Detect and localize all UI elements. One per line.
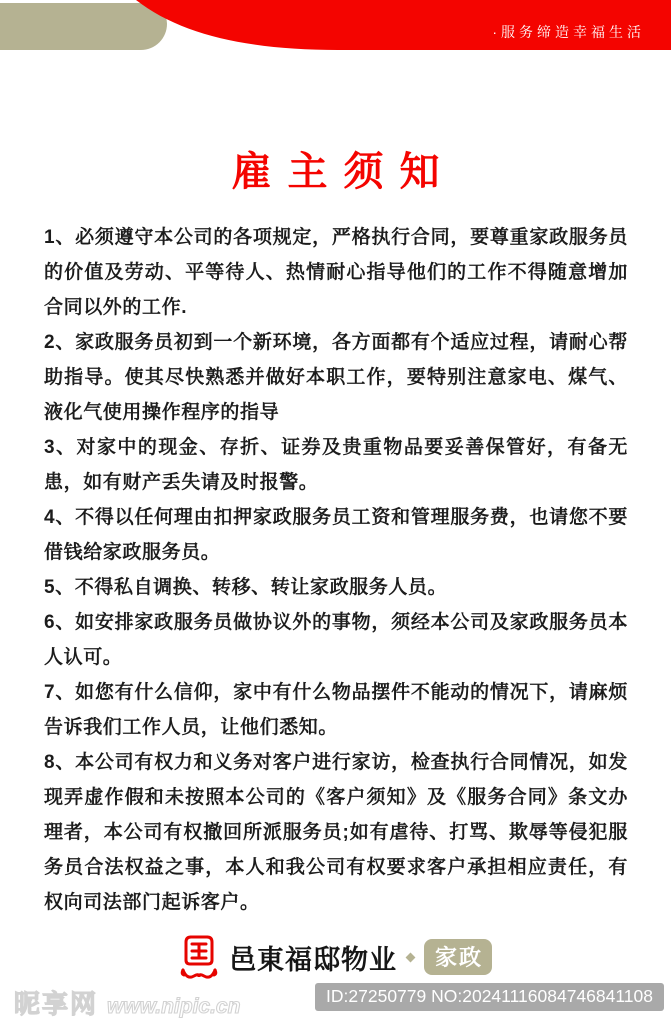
- notice-item-6: 6、如安排家政服务员做协议外的事物，须经本公司及家政服务员本人认可。: [44, 605, 628, 675]
- notice-item-7: 7、如您有什么信仰，家中有什么物品摆件不能动的情况下，请麻烦告诉我们工作人员，让…: [44, 675, 628, 745]
- diamond-separator-icon: [406, 952, 416, 962]
- header-slogan: ·服务缔造幸福生活: [492, 22, 645, 42]
- page-title: 雇主须知: [0, 140, 671, 197]
- watermark-site-url: www.nipic.cn: [107, 995, 240, 1019]
- company-seal-icon: [179, 932, 219, 984]
- notice-item-2: 2、家政服务员初到一个新环境，各方面都有个适应过程，请耐心帮助指导。使其尽快熟悉…: [44, 325, 628, 430]
- notice-item-3: 3、对家中的现金、存折、证券及贵重物品要妥善保管好，有备无患，如有财产丢失请及时…: [44, 430, 628, 500]
- image-id-badge: ID:27250779 NO:20241116084746841108: [315, 983, 664, 1011]
- company-logo: 邑東福邸物业 家政: [0, 928, 671, 986]
- footer-watermark-strip: 昵享网 www.nipic.cn ID:27250779 NO:20241116…: [0, 980, 671, 1024]
- watermark: 昵享网 www.nipic.cn: [14, 984, 240, 1021]
- employer-notice-poster: ·服务缔造幸福生活 雇主须知 1、必须遵守本公司的各项规定，严格执行合同，要尊重…: [0, 0, 671, 1024]
- company-name: 邑東福邸物业: [229, 938, 397, 977]
- notice-item-1: 1、必须遵守本公司的各项规定，严格执行合同，要尊重家政服务员的价值及劳动、平等待…: [44, 220, 628, 325]
- notice-item-8: 8、本公司有权力和义务对客户进行家访，检查执行合同情况，如发现弄虚作假和未按照本…: [44, 745, 628, 920]
- notice-item-5: 5、不得私自调换、转移、转让家政服务人员。: [44, 570, 628, 605]
- notice-list: 1、必须遵守本公司的各项规定，严格执行合同，要尊重家政服务员的价值及劳动、平等待…: [44, 220, 628, 920]
- header: ·服务缔造幸福生活: [0, 0, 671, 60]
- watermark-site-name: 昵享网: [14, 984, 98, 1021]
- service-badge: 家政: [424, 939, 492, 975]
- notice-item-4: 4、不得以任何理由扣押家政服务员工资和管理服务费，也请您不要借钱给家政服务员。: [44, 500, 628, 570]
